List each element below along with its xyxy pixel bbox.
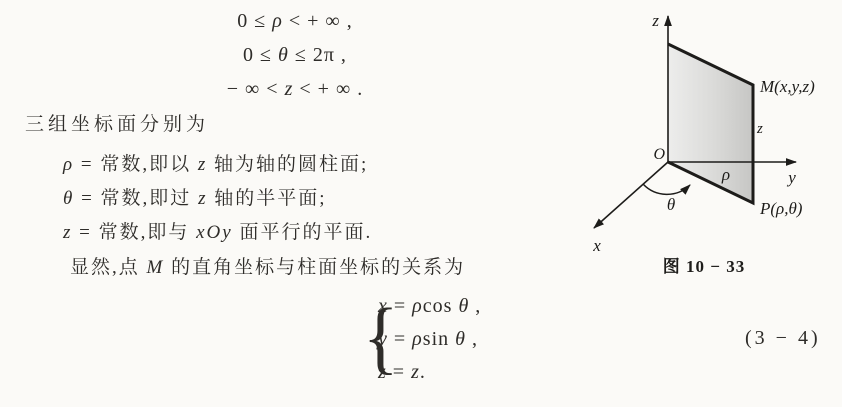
surface-theta-constant: θ = 常数,即过 z 轴的半平面; (63, 186, 327, 212)
surface-z-constant: z = 常数,即与 xOy 面平行的平面. (63, 220, 372, 246)
equation-x: x = ρcos θ , (378, 290, 481, 323)
x-axis (594, 162, 668, 228)
range-rho: 0 ≤ ρ < + ∞ , (165, 4, 425, 38)
figure-cylindrical-coordinates: z y x O M(x,y,z) z ρ θ P(ρ,θ) 图 10 − 33 (580, 0, 842, 282)
paragraph-closing: 显然,点 M 的直角坐标与柱面坐标的关系为 (70, 255, 465, 281)
equation-y: y = ρsin θ , (378, 323, 481, 356)
range-theta: 0 ≤ θ ≤ 2π , (165, 38, 425, 72)
rho-label: ρ (721, 165, 730, 184)
theta-label: θ (667, 195, 675, 214)
z-axis-label: z (651, 11, 659, 30)
origin-label: O (653, 146, 665, 163)
textbook-page: 0 ≤ ρ < + ∞ , 0 ≤ θ ≤ 2π , − ∞ < z < + ∞… (0, 0, 842, 407)
system-equations: x = ρcos θ , y = ρsin θ , z = z. (378, 290, 481, 389)
theta-arc (643, 184, 690, 194)
surface-rho-constant: ρ = 常数,即以 z 轴为轴的圆柱面; (63, 152, 368, 178)
x-axis-label: x (592, 236, 601, 255)
coordinate-ranges: 0 ≤ ρ < + ∞ , 0 ≤ θ ≤ 2π , − ∞ < z < + ∞… (165, 4, 425, 106)
point-M-label: M(x,y,z) (759, 77, 815, 96)
half-plane (668, 44, 753, 203)
side-z-label: z (756, 121, 763, 137)
y-axis-label: y (786, 168, 796, 187)
equation-z: z = z. (378, 356, 481, 389)
equation-number: (3 − 4) (745, 327, 821, 350)
point-P-label: P(ρ,θ) (759, 199, 803, 218)
range-z: − ∞ < z < + ∞ . (165, 72, 425, 106)
paragraph-intro: 三组坐标面分别为 (25, 112, 209, 138)
figure-caption: 图 10 − 33 (663, 257, 745, 276)
